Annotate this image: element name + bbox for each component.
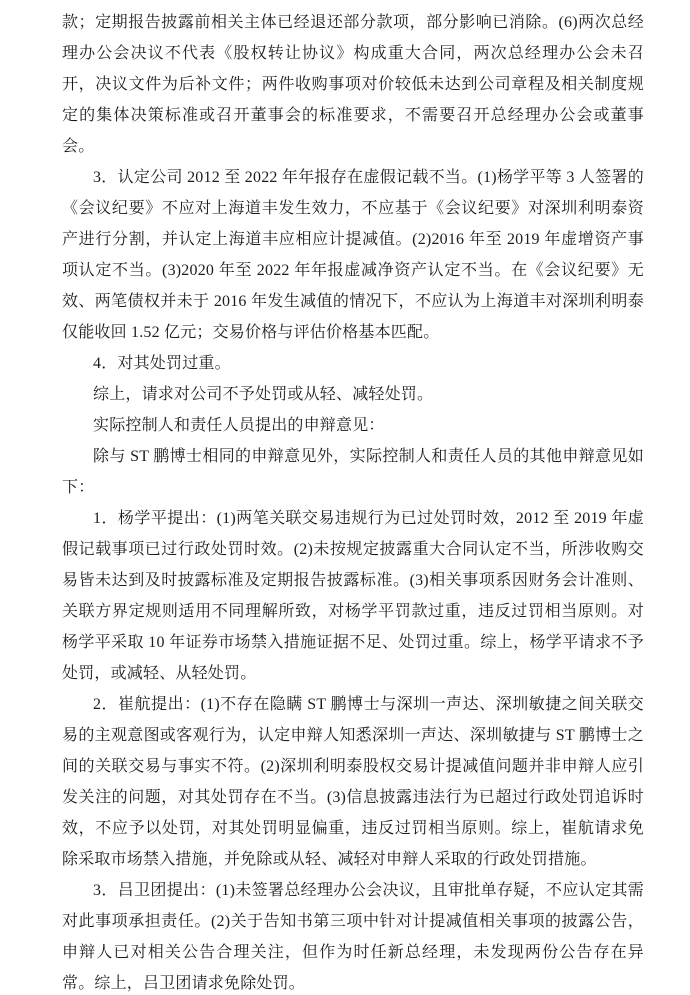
paragraph: 除与 ST 鹏博士相同的申辩意见外，实际控制人和责任人员的其他申辩意见如下： bbox=[62, 441, 644, 503]
paragraph: 3．认定公司 2012 至 2022 年年报存在虚假记载不当。(1)杨学平等 3… bbox=[62, 162, 644, 348]
paragraph: 1．杨学平提出：(1)两笔关联交易违规行为已过处罚时效，2012 至 2019 … bbox=[62, 503, 644, 689]
paragraph: 实际控制人和责任人员提出的申辩意见： bbox=[62, 410, 644, 441]
paragraph: 3．吕卫团提出：(1)未签署总经理办公会决议，且审批单存疑，不应认定其需对此事项… bbox=[62, 875, 644, 995]
document-page: 款；定期报告披露前相关主体已经退还部分款项，部分影响已消除。(6)两次总经理办公… bbox=[0, 0, 690, 995]
paragraph: 综上，请求对公司不予处罚或从轻、减轻处罚。 bbox=[62, 379, 644, 410]
paragraph: 款；定期报告披露前相关主体已经退还部分款项，部分影响已消除。(6)两次总经理办公… bbox=[62, 7, 644, 162]
paragraph: 2．崔航提出：(1)不存在隐瞒 ST 鹏博士与深圳一声达、深圳敏捷之间关联交易的… bbox=[62, 689, 644, 875]
document-text: 款；定期报告披露前相关主体已经退还部分款项，部分影响已消除。(6)两次总经理办公… bbox=[62, 7, 644, 995]
paragraph: 4．对其处罚过重。 bbox=[62, 348, 644, 379]
